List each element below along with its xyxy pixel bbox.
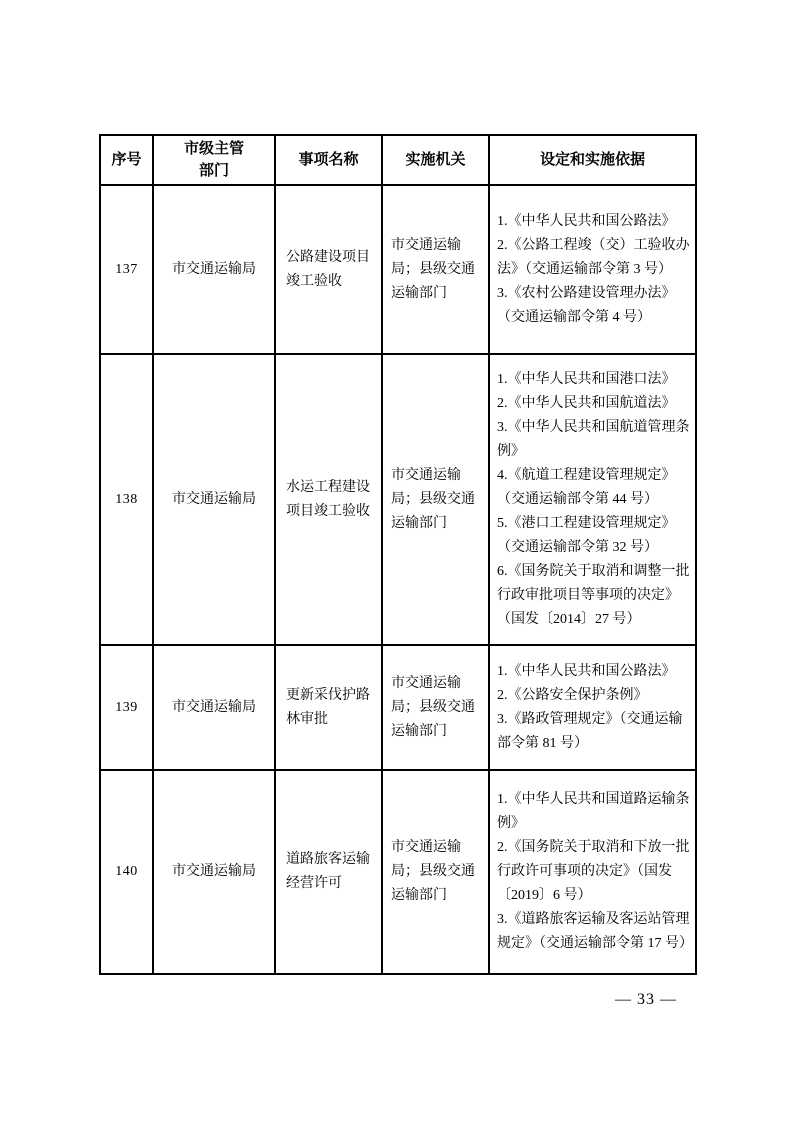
item-name-cell: 水运工程建设项目竣工验收 [275,354,382,645]
table-row: 138 市交通运输局 水运工程建设项目竣工验收 市交通运输局；县级交通运输部门 … [100,354,696,645]
agency-cell: 市交通运输局；县级交通运输部门 [382,354,489,645]
basis-entry: 4.《航道工程建设管理规定》（交通运输部令第 44 号） [497,464,691,512]
page-number: — 33 — [599,991,693,1009]
table-header-row: 序号 市级主管 部门 事项名称 实施机关 设定和实施依据 [100,135,696,185]
table-row: 139 市交通运输局 更新采伐护路林审批 市交通运输局；县级交通运输部门 1.《… [100,645,696,770]
basis-entry: 1.《中华人民共和国公路法》 [497,210,691,234]
header-implementing-agency: 实施机关 [382,135,489,185]
items-table: 序号 市级主管 部门 事项名称 实施机关 设定和实施依据 137 市交通运输局 … [99,134,697,975]
basis-entry: 1.《中华人民共和国港口法》 [497,368,691,392]
item-name-cell: 公路建设项目竣工验收 [275,185,382,354]
header-legal-basis: 设定和实施依据 [489,135,696,185]
basis-entry: 2.《中华人民共和国航道法》 [497,392,691,416]
basis-entry: 3.《道路旅客运输及客运站管理规定》（交通运输部令第 17 号） [497,908,691,956]
basis-cell: 1.《中华人民共和国公路法》 2.《公路工程竣（交）工验收办法》（交通运输部令第… [489,185,696,354]
basis-cell: 1.《中华人民共和国公路法》 2.《公路安全保护条例》 3.《路政管理规定》（交… [489,645,696,770]
serial-number: 137 [100,185,153,354]
basis-cell: 1.《中华人民共和国港口法》 2.《中华人民共和国航道法》 3.《中华人民共和国… [489,354,696,645]
header-municipal-department: 市级主管 部门 [153,135,275,185]
agency-cell: 市交通运输局；县级交通运输部门 [382,645,489,770]
basis-entry: 2.《国务院关于取消和下放一批行政许可事项的决定》（国发〔2019〕6 号） [497,836,691,908]
basis-entry: 3.《农村公路建设管理办法》（交通运输部令第 4 号） [497,282,691,330]
department-cell: 市交通运输局 [153,770,275,974]
basis-entry: 3.《路政管理规定》（交通运输部令第 81 号） [497,708,691,756]
basis-entry: 3.《中华人民共和国航道管理条例》 [497,416,691,464]
basis-cell: 1.《中华人民共和国道路运输条例》 2.《国务院关于取消和下放一批行政许可事项的… [489,770,696,974]
basis-entry: 2.《公路安全保护条例》 [497,684,691,708]
header-serial-number: 序号 [100,135,153,185]
item-name-cell: 更新采伐护路林审批 [275,645,382,770]
document-page: 序号 市级主管 部门 事项名称 实施机关 设定和实施依据 137 市交通运输局 … [0,0,793,1122]
basis-entry: 1.《中华人民共和国公路法》 [497,660,691,684]
department-cell: 市交通运输局 [153,185,275,354]
agency-cell: 市交通运输局；县级交通运输部门 [382,185,489,354]
table-row: 140 市交通运输局 道路旅客运输经营许可 市交通运输局；县级交通运输部门 1.… [100,770,696,974]
table-row: 137 市交通运输局 公路建设项目竣工验收 市交通运输局；县级交通运输部门 1.… [100,185,696,354]
basis-entry: 2.《公路工程竣（交）工验收办法》（交通运输部令第 3 号） [497,234,691,282]
items-table-container: 序号 市级主管 部门 事项名称 实施机关 设定和实施依据 137 市交通运输局 … [99,134,697,975]
item-name-cell: 道路旅客运输经营许可 [275,770,382,974]
agency-cell: 市交通运输局；县级交通运输部门 [382,770,489,974]
department-cell: 市交通运输局 [153,645,275,770]
serial-number: 138 [100,354,153,645]
basis-entry: 1.《中华人民共和国道路运输条例》 [497,788,691,836]
department-cell: 市交通运输局 [153,354,275,645]
serial-number: 139 [100,645,153,770]
basis-entry: 5.《港口工程建设管理规定》（交通运输部令第 32 号） [497,512,691,560]
serial-number: 140 [100,770,153,974]
basis-entry: 6.《国务院关于取消和调整一批行政审批项目等事项的决定》（国发〔2014〕27 … [497,560,691,632]
header-item-name: 事项名称 [275,135,382,185]
